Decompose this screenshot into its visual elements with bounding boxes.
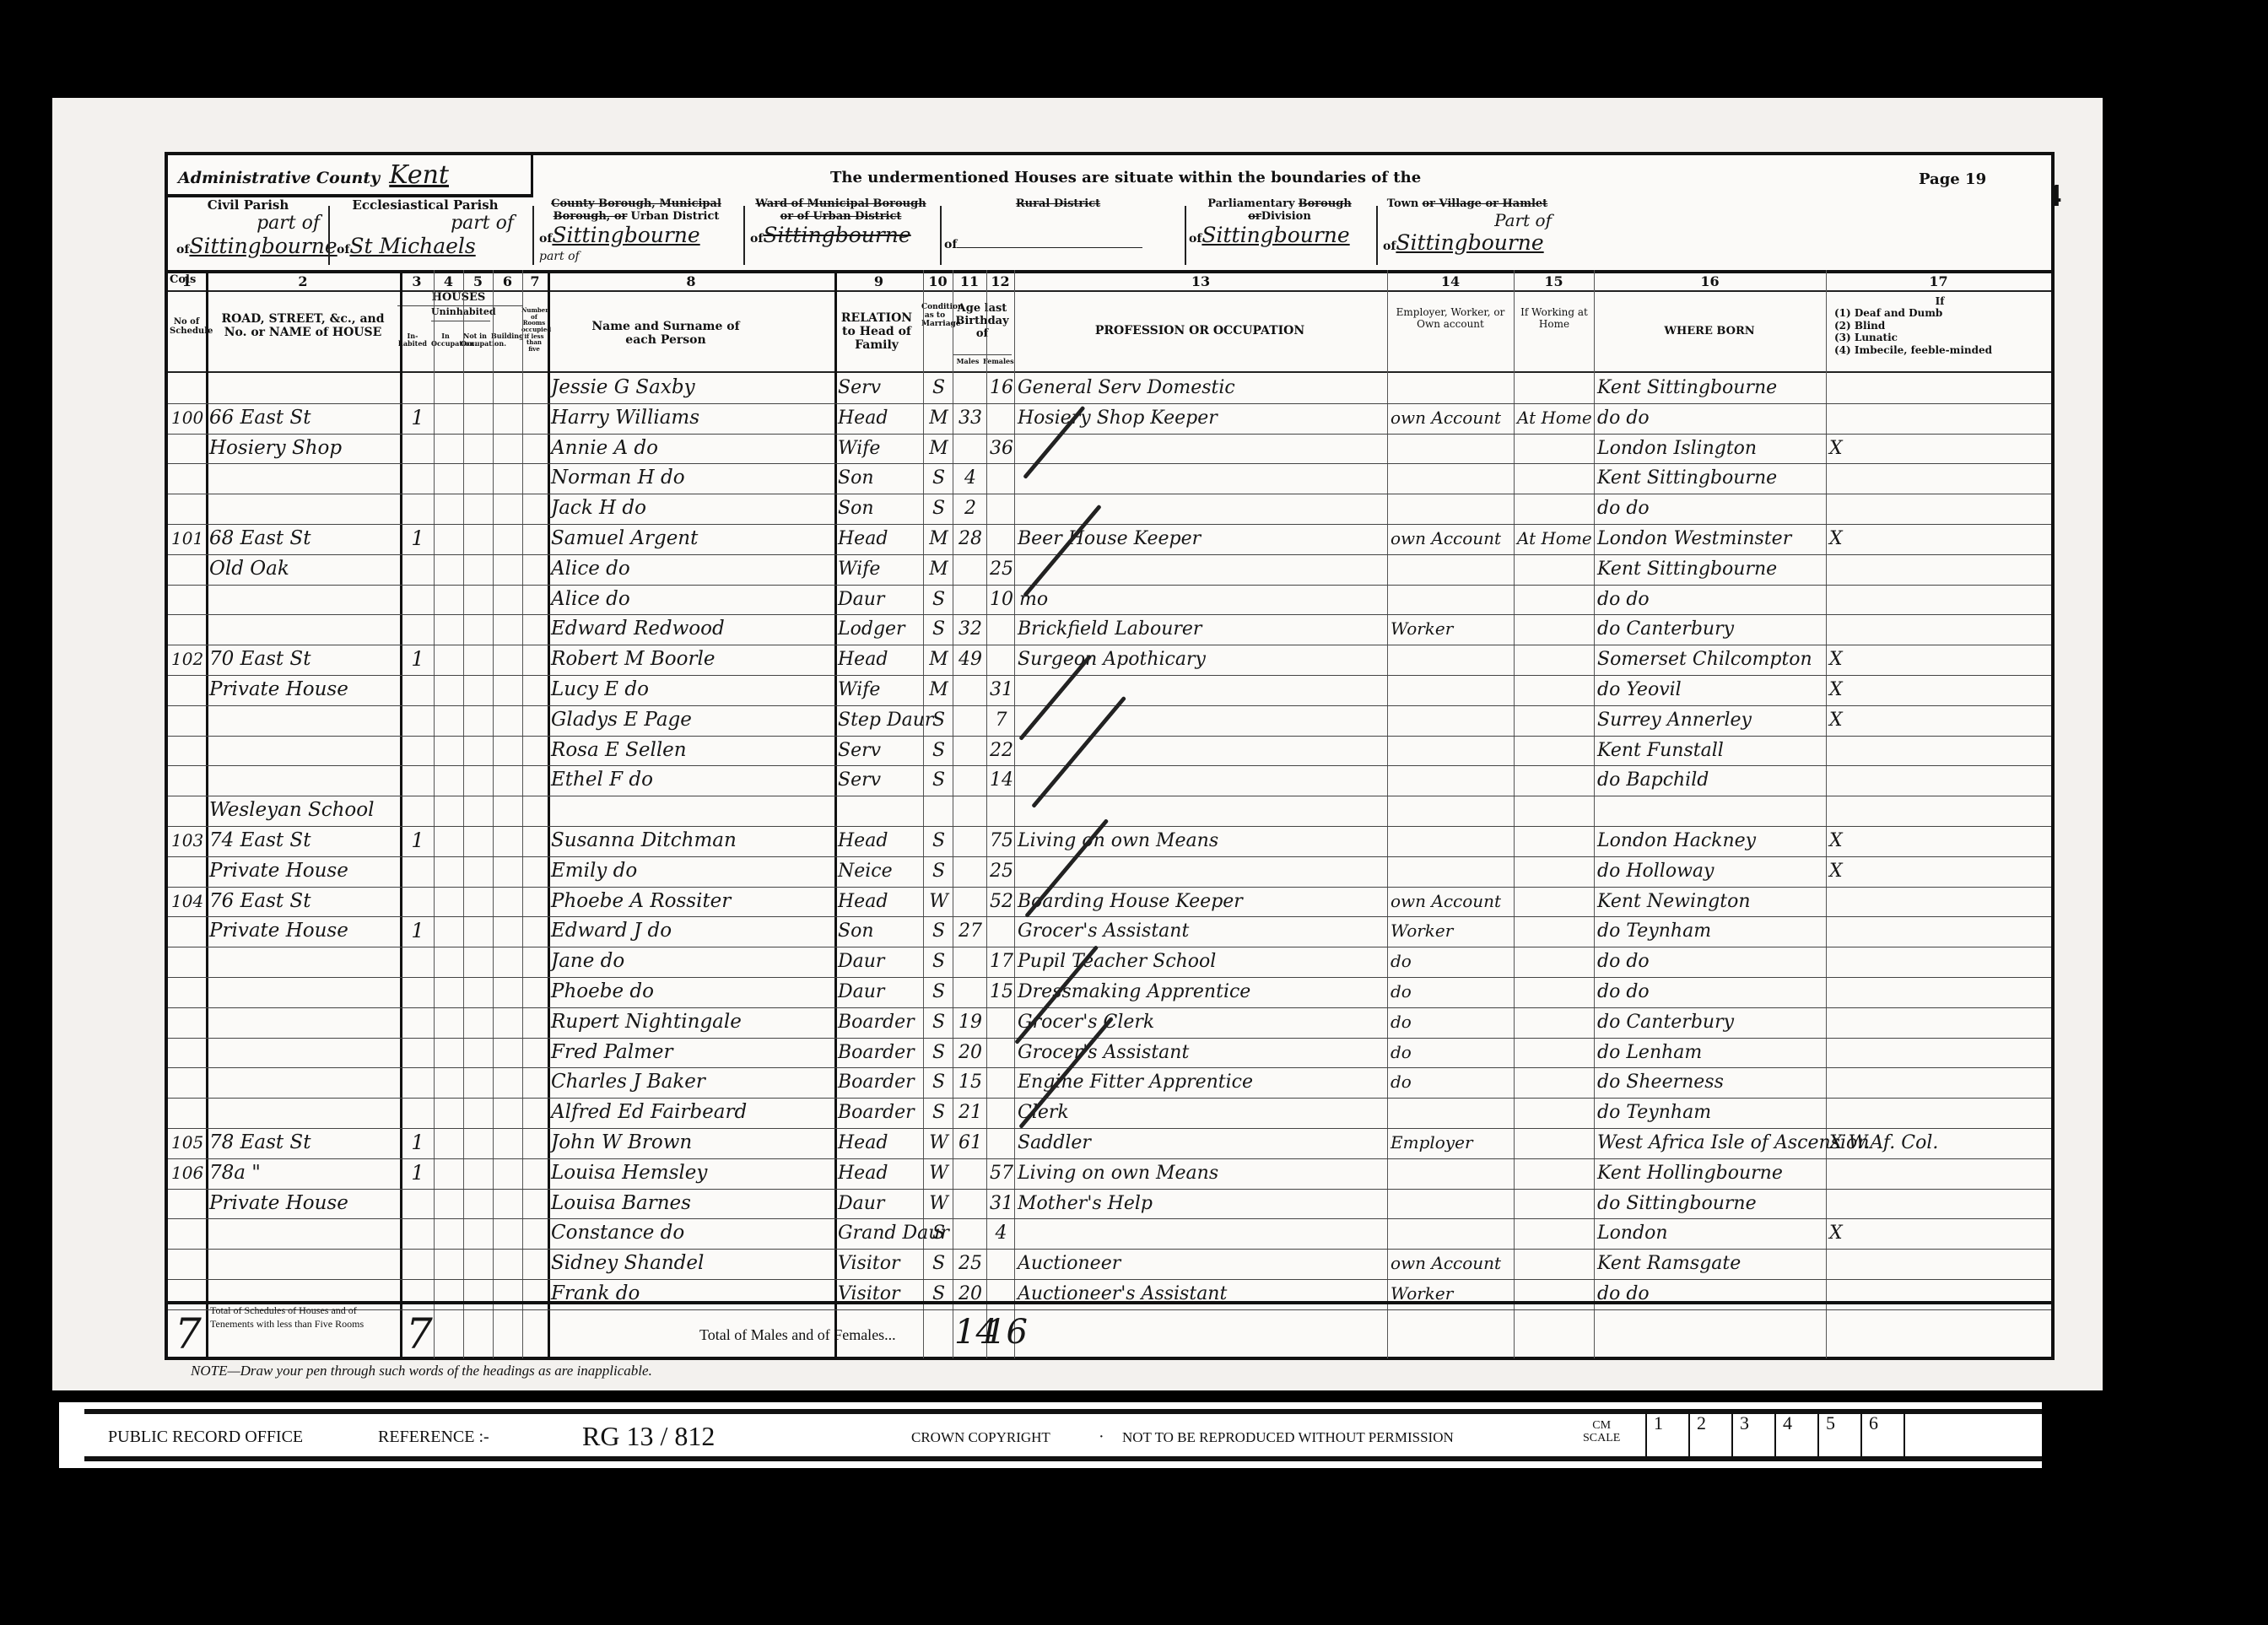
table-row: Constance doGrand DaurS4LondonX <box>168 1218 2051 1249</box>
urban-district-value: Sittingbourne <box>552 223 699 247</box>
relation: Daur <box>838 948 884 974</box>
table-row: Hosiery ShopAnnie A doWifeM36London Isli… <box>168 434 2051 464</box>
marital-condition: M <box>926 435 951 462</box>
relation: Neice <box>838 858 893 884</box>
age-male: 19 <box>956 1009 985 1035</box>
person-name: Harry Williams <box>551 405 699 431</box>
header-in-occupation: In Occupation. <box>431 332 460 348</box>
age-female: 7 <box>990 707 1012 733</box>
person-name: Jessie G Saxby <box>551 375 695 401</box>
inhabited-count <box>403 888 432 915</box>
infirmity-if: If <box>1834 295 2045 307</box>
age-female: 4 <box>990 1220 1012 1246</box>
scale-tick: 5 <box>1817 1412 1860 1461</box>
marital-condition: S <box>926 586 951 613</box>
table-row: Alfred Ed FairbeardBoarderS21Clerkdo Tey… <box>168 1098 2051 1128</box>
working-at-home: At Home <box>1517 405 1592 431</box>
reproduction-restriction: NOT TO BE REPRODUCED WITHOUT PERMISSION <box>1122 1429 1454 1446</box>
age-male: 20 <box>956 1039 985 1066</box>
infirmity-3: (3) Lunatic <box>1834 332 2045 343</box>
infirmity-2: (2) Blind <box>1834 320 2045 332</box>
address: Private House <box>209 1190 348 1217</box>
ward-label: Ward of Municipal Borough <box>750 197 931 210</box>
table-row: 10374 East St1Susanna DitchmanHeadS75Liv… <box>168 826 2051 856</box>
age-female <box>990 465 1012 491</box>
address: 66 East St <box>209 405 310 431</box>
person-name: Rupert Nightingale <box>551 1009 742 1035</box>
county-borough-label: County Borough, Municipal <box>539 197 733 210</box>
reference-label: REFERENCE :- <box>378 1428 489 1447</box>
relation: Son <box>838 495 874 521</box>
total-schedules-label: Total of Schedules of Houses and of Tene… <box>210 1304 396 1331</box>
inhabited-count <box>403 616 432 642</box>
inhabited-count <box>403 737 432 764</box>
occupation: Auctioneer <box>1018 1250 1120 1277</box>
relation: Head <box>838 1130 888 1156</box>
birthplace: Kent Hollingbourne <box>1597 1160 1783 1186</box>
age-male: 15 <box>956 1069 985 1095</box>
header-occupation: PROFESSION OR OCCUPATION <box>1014 324 1385 337</box>
marital-condition: S <box>926 616 951 642</box>
civil-parish-value: Sittingbourne <box>189 234 337 258</box>
birthplace: Kent Sittingbourne <box>1597 556 1777 582</box>
table-row: Edward RedwoodLodgerS32Brickfield Labour… <box>168 614 2051 645</box>
infirmity-mark: X <box>1829 1220 1843 1246</box>
inhabited-count <box>403 979 432 1005</box>
person-name: Jane do <box>551 948 624 974</box>
birthplace: do Lenham <box>1597 1039 1702 1066</box>
age-female: 14 <box>990 767 1012 793</box>
table-row: 10578 East St1John W BrownHeadW61Saddler… <box>168 1128 2051 1158</box>
age-male <box>956 858 985 884</box>
district-ecclesiastical-parish: Ecclesiastical Parish part of ofSt Micha… <box>337 197 514 267</box>
table-row: Private House1Edward J doSonS27Grocer's … <box>168 916 2051 947</box>
person-name: Edward Redwood <box>551 616 725 642</box>
header-males: Males <box>953 358 983 365</box>
marital-condition: S <box>926 979 951 1005</box>
column-number: 15 <box>1514 273 1594 289</box>
address: 74 East St <box>209 828 310 854</box>
scale-label-scale: SCALE <box>1583 1432 1620 1444</box>
district-town: Town or Village or Hamlet Part of ofSitt… <box>1383 197 1552 267</box>
person-name: Norman H do <box>551 465 685 491</box>
age-male <box>956 1190 985 1217</box>
town-value: Sittingbourne <box>1396 230 1543 255</box>
column-number: 17 <box>1826 273 2051 289</box>
column-number: 3 <box>400 273 434 289</box>
age-female <box>990 616 1012 642</box>
address: 70 East St <box>209 646 310 672</box>
address: Private House <box>209 677 348 703</box>
person-name: Louisa Barnes <box>551 1190 691 1217</box>
person-name: Lucy E do <box>551 677 649 703</box>
header-name: Name and Surname of each Person <box>581 320 750 347</box>
birthplace: London Hackney <box>1597 828 1756 854</box>
inhabited-count <box>403 767 432 793</box>
relation: Head <box>838 828 888 854</box>
total-persons-label: Total of Males and of Females... <box>699 1326 896 1344</box>
relation: Daur <box>838 1190 884 1217</box>
age-male <box>956 828 985 854</box>
inhabited-count <box>403 1009 432 1035</box>
occupation: Beer House Keeper <box>1018 526 1201 552</box>
relation: Daur <box>838 979 884 1005</box>
person-name: Ethel F do <box>551 767 653 793</box>
infirmity-mark: X <box>1829 858 1843 884</box>
column-number: 13 <box>1014 273 1387 289</box>
birthplace: do do <box>1597 495 1650 521</box>
of-label: of <box>539 232 552 246</box>
column-number: 2 <box>206 273 400 289</box>
person-name: Alice do <box>551 556 630 582</box>
table-row: 10168 East St1Samuel ArgentHeadM28Beer H… <box>168 524 2051 554</box>
age-female: 25 <box>990 556 1012 582</box>
borough-struck: Borough <box>1299 197 1352 210</box>
of-label: of <box>337 243 349 256</box>
marital-condition: S <box>926 858 951 884</box>
age-male <box>956 767 985 793</box>
column-number: 5 <box>463 273 493 289</box>
table-row: Phoebe doDaurS15Dressmaking Apprenticedo… <box>168 977 2051 1007</box>
borough-label: Borough, or <box>553 210 628 223</box>
marital-condition: M <box>926 677 951 703</box>
inhabited-count: 1 <box>403 918 432 944</box>
marital-condition: S <box>926 828 951 854</box>
inhabited-count <box>403 1069 432 1095</box>
relation: Serv <box>838 375 881 401</box>
age-male: 27 <box>956 918 985 944</box>
parliamentary-label: Parliamentary <box>1207 197 1294 210</box>
age-female <box>990 1130 1012 1156</box>
table-row: Jessie G SaxbyServS16General Serv Domest… <box>168 373 2051 403</box>
age-male: 4 <box>956 465 985 491</box>
birthplace: do Bapchild <box>1597 767 1709 793</box>
address: 76 East St <box>209 888 310 915</box>
schedule-number: 105 <box>171 1130 203 1156</box>
age-male: 25 <box>956 1250 985 1277</box>
admin-county-label: Administrative County <box>178 169 380 187</box>
page-value: 19 <box>1965 170 1986 188</box>
header-working-home: If Working at Home <box>1518 307 1590 331</box>
age-male: 49 <box>956 646 985 672</box>
age-male <box>956 1220 985 1246</box>
age-female: 36 <box>990 435 1012 462</box>
table-row: Private HouseLouisa BarnesDaurW31Mother'… <box>168 1189 2051 1219</box>
infirmity-mark: X W.Af. Col. <box>1829 1130 1938 1156</box>
relation: Son <box>838 918 874 944</box>
age-male <box>956 979 985 1005</box>
person-name: Edward J do <box>551 918 672 944</box>
birthplace: London Islington <box>1597 435 1757 462</box>
age-female <box>990 797 1012 823</box>
inhabited-count <box>403 858 432 884</box>
total-inhabited: 7 <box>406 1309 433 1358</box>
boundaries-text: The undermentioned Houses are situate wi… <box>830 169 1421 186</box>
ecclesiastical-parish-value: St Michaels <box>349 234 475 258</box>
town-label: Town <box>1387 197 1419 210</box>
birthplace: Kent Sittingbourne <box>1597 465 1777 491</box>
age-male: 2 <box>956 495 985 521</box>
age-male: 33 <box>956 405 985 431</box>
schedule-number: 101 <box>171 526 203 552</box>
age-female: 31 <box>990 677 1012 703</box>
infirmity-mark: X <box>1829 677 1843 703</box>
schedule-number: 106 <box>171 1160 203 1186</box>
person-name: Annie A do <box>551 435 658 462</box>
age-male <box>956 888 985 915</box>
page-label: Page <box>1919 170 1960 188</box>
age-female: 10 mo <box>990 586 1012 613</box>
birthplace: do do <box>1597 948 1650 974</box>
relation: Wife <box>838 677 880 703</box>
schedule-number: 102 <box>171 646 203 672</box>
header-uninhabited: Uninhabited <box>431 307 490 318</box>
marital-condition: S <box>926 707 951 733</box>
admin-county: Administrative County Kent <box>178 160 532 194</box>
address: 78 East St <box>209 1130 310 1156</box>
cols-label: Cols <box>170 273 196 286</box>
person-name: Phoebe A Rossiter <box>551 888 731 915</box>
scale-tick: 6 <box>1860 1412 1903 1461</box>
ecclesiastical-parish-annotation: part of <box>337 213 514 234</box>
address: Wesleyan School <box>209 797 374 823</box>
of-label: of <box>944 238 957 251</box>
occupation: Surgeon Apothicary <box>1018 646 1206 672</box>
table-row: Fred PalmerBoarderS20Grocer's Assistantd… <box>168 1038 2051 1068</box>
relation: Visitor <box>838 1250 899 1277</box>
occupation: Grocer's Assistant <box>1018 1039 1189 1066</box>
instruction-note: NOTE—Draw your pen through such words of… <box>191 1363 652 1379</box>
or-struck: or <box>1248 210 1261 223</box>
relation: Boarder <box>838 1099 915 1126</box>
birthplace: Kent Newington <box>1597 888 1751 915</box>
address: Old Oak <box>209 556 289 582</box>
relation: Head <box>838 646 888 672</box>
age-male: 32 <box>956 616 985 642</box>
marital-condition: S <box>926 495 951 521</box>
village-struck: or Village or Hamlet <box>1422 197 1547 210</box>
relation: Wife <box>838 435 880 462</box>
table-row: Private HouseEmily doNeiceS25do Holloway… <box>168 856 2051 887</box>
district-parliamentary: Parliamentary Borough orDivision ofSitti… <box>1189 197 1370 267</box>
header-employer: Employer, Worker, or Own account <box>1391 307 1509 331</box>
relation: Daur <box>838 586 884 613</box>
marital-condition: S <box>926 465 951 491</box>
scale-label: CM SCALE <box>1583 1419 1620 1445</box>
schedule-number: 100 <box>171 405 203 431</box>
scale-tick: 3 <box>1731 1412 1774 1461</box>
age-female: 15 <box>990 979 1012 1005</box>
public-record-office: PUBLIC RECORD OFFICE <box>108 1428 303 1447</box>
header-relation: RELATION to Head of Family <box>836 311 917 352</box>
age-female: 16 <box>990 375 1012 401</box>
column-number: 12 <box>986 273 1014 289</box>
occupation: Grocer's Assistant <box>1018 918 1189 944</box>
age-female <box>990 1099 1012 1126</box>
header-schedule-no: No of Schedule <box>170 317 203 336</box>
person-name: Alice do <box>551 586 630 613</box>
table-row: Rosa E SellenServS22Kent Funstall <box>168 736 2051 766</box>
inhabited-count: 1 <box>403 405 432 431</box>
address: Hosiery Shop <box>209 435 342 462</box>
marital-condition <box>926 797 951 823</box>
scale-label-cm: CM <box>1583 1419 1620 1432</box>
ecclesiastical-parish-label: Ecclesiastical Parish <box>337 197 514 213</box>
marital-condition: S <box>926 1099 951 1126</box>
header-houses: HOUSES <box>397 292 520 305</box>
table-row: Ethel F doServS14do Bapchild <box>168 765 2051 796</box>
age-female <box>990 1009 1012 1035</box>
inhabited-count <box>403 465 432 491</box>
table-row: Jack H doSonS2do do <box>168 494 2051 524</box>
rural-district-label: Rural District <box>944 197 1172 210</box>
marital-condition: M <box>926 526 951 552</box>
occupation: Brickfield Labourer <box>1018 616 1201 642</box>
table-row: Wesleyan School <box>168 796 2051 826</box>
header-infirmity: If (1) Deaf and Dumb (2) Blind (3) Lunat… <box>1834 295 2045 356</box>
total-schedules: 7 <box>175 1309 202 1358</box>
marital-condition: M <box>926 646 951 672</box>
infirmity-1: (1) Deaf and Dumb <box>1834 307 2045 319</box>
urban-district-label: Urban District <box>630 210 719 223</box>
birthplace: do do <box>1597 405 1650 431</box>
table-row: Frank doVisitorS20Auctioneer's Assistant… <box>168 1279 2051 1309</box>
reference-number: RG 13 / 812 <box>582 1421 715 1452</box>
age-male <box>956 586 985 613</box>
marital-condition: S <box>926 1009 951 1035</box>
age-male <box>956 375 985 401</box>
archive-footer: PUBLIC RECORD OFFICE REFERENCE :- RG 13 … <box>59 1402 2042 1468</box>
district-ward: Ward of Municipal Borough or of Urban Di… <box>750 197 931 267</box>
schedule-number: 103 <box>171 828 203 854</box>
census-form: Administrative County Kent The underment… <box>165 152 2055 1360</box>
employment-status: own Account <box>1390 526 1501 552</box>
of-label: of <box>176 243 189 256</box>
age-male <box>956 797 985 823</box>
marital-condition: S <box>926 1039 951 1066</box>
relation: Head <box>838 405 888 431</box>
age-female <box>990 405 1012 431</box>
person-name: Rosa E Sellen <box>551 737 687 764</box>
working-at-home: At Home <box>1517 526 1592 552</box>
inhabited-count: 1 <box>403 646 432 672</box>
birthplace: Kent Ramsgate <box>1597 1250 1741 1277</box>
marital-condition: S <box>926 1069 951 1095</box>
person-name: Robert M Boorle <box>551 646 715 672</box>
of-label: of <box>750 232 763 246</box>
employment-status: Worker <box>1390 918 1453 944</box>
column-number: 14 <box>1387 273 1514 289</box>
parliamentary-value: Sittingbourne <box>1201 223 1349 247</box>
ward-value: Sittingbourne <box>763 223 910 247</box>
occupation: Living on own Means <box>1018 1160 1218 1186</box>
of-label: of <box>1383 240 1396 253</box>
inhabited-count <box>403 1190 432 1217</box>
employment-status: do <box>1390 1069 1412 1095</box>
column-number: 11 <box>953 273 986 289</box>
relation: Lodger <box>838 616 905 642</box>
division-label: Division <box>1261 210 1311 223</box>
column-number: 4 <box>434 273 463 289</box>
occupation: Living on own Means <box>1018 828 1218 854</box>
employment-status: do <box>1390 1039 1412 1066</box>
ward-label-2: or of Urban District <box>750 210 931 223</box>
inhabited-count <box>403 586 432 613</box>
scale-end <box>1903 1412 1912 1461</box>
age-male <box>956 948 985 974</box>
header-road-street: ROAD, STREET, &c., and No. or NAME of HO… <box>212 312 394 339</box>
civil-parish-label: Civil Parish <box>176 197 320 213</box>
header-where-born: WHERE BORN <box>1596 326 1823 338</box>
infirmity-mark: X <box>1829 646 1843 672</box>
table-row: Private HouseLucy E doWifeM31do YeovilX <box>168 675 2051 705</box>
age-male <box>956 1160 985 1186</box>
age-female: 25 <box>990 858 1012 884</box>
occupation: Saddler <box>1018 1130 1091 1156</box>
marital-condition: S <box>926 737 951 764</box>
person-name: Gladys E Page <box>551 707 692 733</box>
header-age: Age last Birthday of <box>954 303 1010 341</box>
age-female: 57 <box>990 1160 1012 1186</box>
relation: Head <box>838 1160 888 1186</box>
birthplace: Somerset Chilcompton <box>1597 646 1812 672</box>
marital-condition: M <box>926 405 951 431</box>
employment-status: do <box>1390 979 1412 1005</box>
marital-condition: S <box>926 375 951 401</box>
person-name: Samuel Argent <box>551 526 698 552</box>
age-female: 52 <box>990 888 1012 915</box>
header-building: Building <box>491 332 520 340</box>
inhabited-count <box>403 677 432 703</box>
marital-condition: S <box>926 948 951 974</box>
age-male: 61 <box>956 1130 985 1156</box>
inhabited-count <box>403 948 432 974</box>
column-number: 16 <box>1594 273 1826 289</box>
occupation: Hosiery Shop Keeper <box>1018 405 1218 431</box>
column-number: 9 <box>834 273 923 289</box>
person-name: Sidney Shandel <box>551 1250 704 1277</box>
page-number: Page 19 <box>1919 170 1986 188</box>
table-row: Old OakAlice doWifeM25Kent Sittingbourne <box>168 554 2051 585</box>
inhabited-count <box>403 1039 432 1066</box>
crown-copyright: CROWN COPYRIGHT <box>911 1429 1050 1446</box>
admin-county-value: Kent <box>389 160 449 190</box>
inhabited-count <box>403 797 432 823</box>
total-females: 16 <box>985 1313 1028 1352</box>
inhabited-count: 1 <box>403 1160 432 1186</box>
birthplace: do Sheerness <box>1597 1069 1724 1095</box>
age-male <box>956 677 985 703</box>
town-annotation: Part of <box>1383 210 1552 230</box>
address: Private House <box>209 858 348 884</box>
inhabited-count: 1 <box>403 526 432 552</box>
person-name: Emily do <box>551 858 637 884</box>
marital-condition: W <box>926 1160 951 1186</box>
age-female <box>990 1250 1012 1277</box>
table-row: Sidney ShandelVisitorS25Auctioneerown Ac… <box>168 1249 2051 1279</box>
inhabited-count: 1 <box>403 828 432 854</box>
inhabited-count <box>403 495 432 521</box>
infirmity-4: (4) Imbecile, feeble-minded <box>1834 344 2045 356</box>
birthplace: Kent Funstall <box>1597 737 1724 764</box>
marital-condition: S <box>926 918 951 944</box>
age-male <box>956 737 985 764</box>
relation: Boarder <box>838 1009 915 1035</box>
relation: Boarder <box>838 1069 915 1095</box>
marital-condition: W <box>926 1130 951 1156</box>
employment-status: own Account <box>1390 888 1501 915</box>
occupation: Pupil Teacher School <box>1018 948 1216 974</box>
